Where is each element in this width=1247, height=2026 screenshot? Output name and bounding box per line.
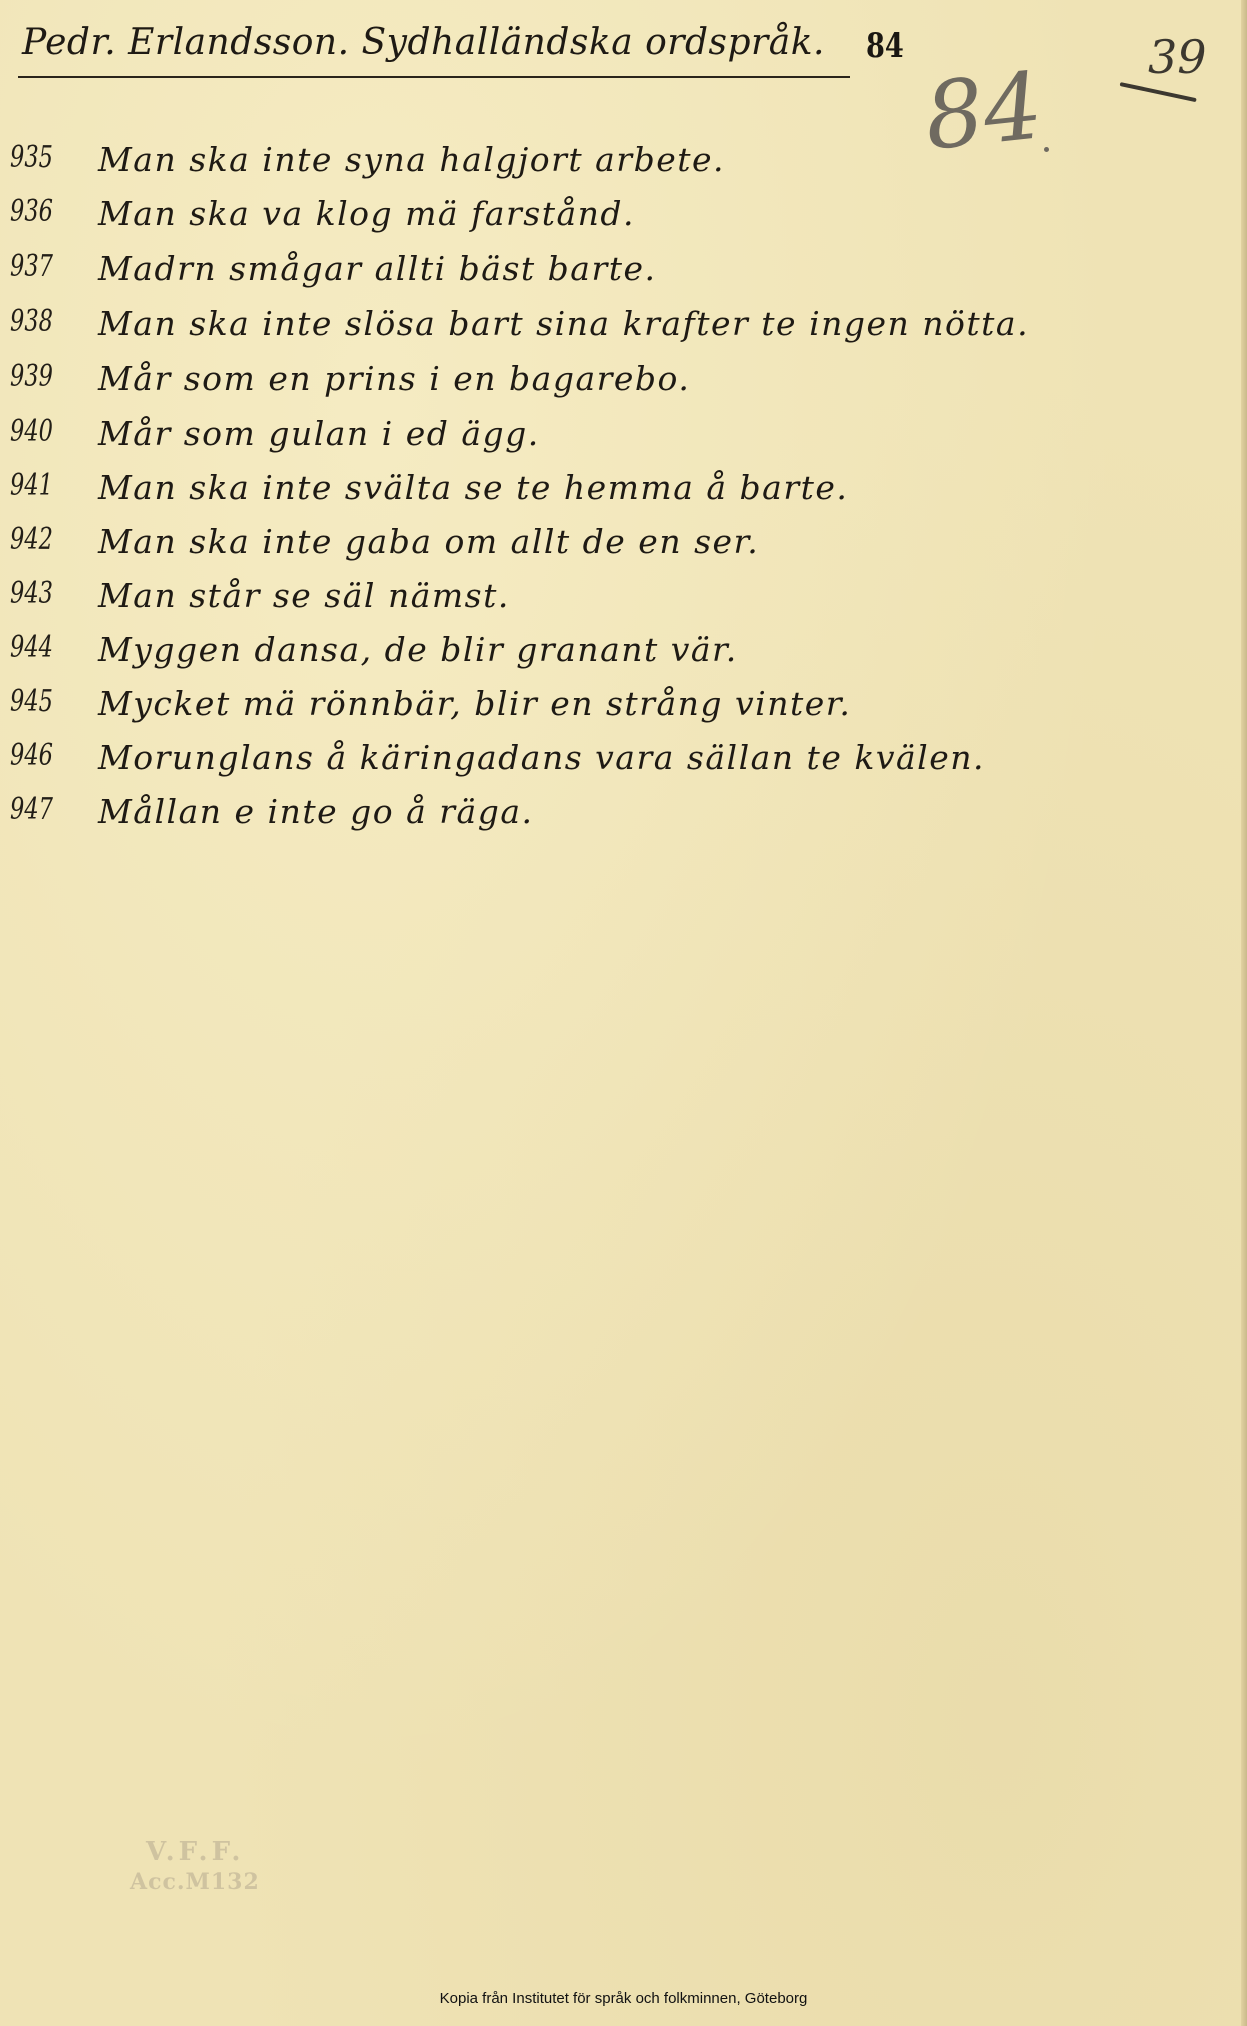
entry-text: Madrn smågar allti bäst barte. — [98, 249, 657, 288]
entry-number: 943 — [10, 576, 53, 611]
entry-text: Man ska inte slösa bart sina krafter te … — [98, 304, 1029, 343]
entry-number: 944 — [10, 630, 53, 665]
folio-underline — [1120, 82, 1197, 102]
archive-stamp-line1: V.F.F. — [130, 1836, 260, 1869]
folio-number: 39 — [1148, 30, 1207, 84]
entry-number: 940 — [10, 414, 53, 449]
header-underline — [18, 76, 850, 78]
archive-stamp-line2: Acc.M132 — [130, 1869, 260, 1897]
entry-number: 935 — [10, 140, 53, 175]
entry-text: Man ska inte gaba om allt de en ser. — [98, 522, 759, 561]
entry-text: Mår som en prins i en bagarebo. — [98, 359, 690, 398]
entry-text: Man ska va klog mä farstånd. — [98, 194, 635, 233]
entry-number: 937 — [10, 249, 53, 284]
entry-text: Myggen dansa, de blir granant vär. — [98, 630, 738, 669]
entry-number: 946 — [10, 738, 53, 773]
copy-attribution-footer: Kopia från Institutet för språk och folk… — [0, 1990, 1247, 2007]
page-edge-shadow — [1241, 0, 1247, 2026]
entry-number: 942 — [10, 522, 53, 557]
entry-text: Mållan e inte go å räga. — [98, 792, 533, 831]
entry-text: Man ska inte svälta se te hemma å barte. — [98, 468, 848, 507]
manuscript-page: Pedr. Erlandsson. Sydhalländska ordspråk… — [0, 0, 1247, 2026]
pencil-page-number: 84 — [920, 52, 1048, 171]
archive-stamp: V.F.F. Acc.M132 — [130, 1836, 260, 1896]
entry-text: Man ska inte syna halgjort arbete. — [98, 140, 725, 179]
entry-number: 941 — [10, 468, 53, 503]
entry-number: 939 — [10, 359, 53, 394]
entry-text: Morunglans å käringadans vara sällan te … — [98, 738, 985, 777]
stamped-page-number: 84 — [866, 26, 904, 66]
entry-number: 945 — [10, 684, 53, 719]
entry-text: Man står se säl nämst. — [98, 576, 510, 615]
entry-number: 947 — [10, 792, 53, 827]
entry-text: Mycket mä rönnbär, blir en strång vinter… — [98, 684, 851, 723]
entry-text: Mår som gulan i ed ägg. — [98, 414, 540, 453]
page-header-title: Pedr. Erlandsson. Sydhalländska ordspråk… — [22, 22, 825, 63]
pencil-period-mark — [1044, 147, 1049, 152]
entry-number: 938 — [10, 304, 53, 339]
entry-number: 936 — [10, 194, 53, 229]
